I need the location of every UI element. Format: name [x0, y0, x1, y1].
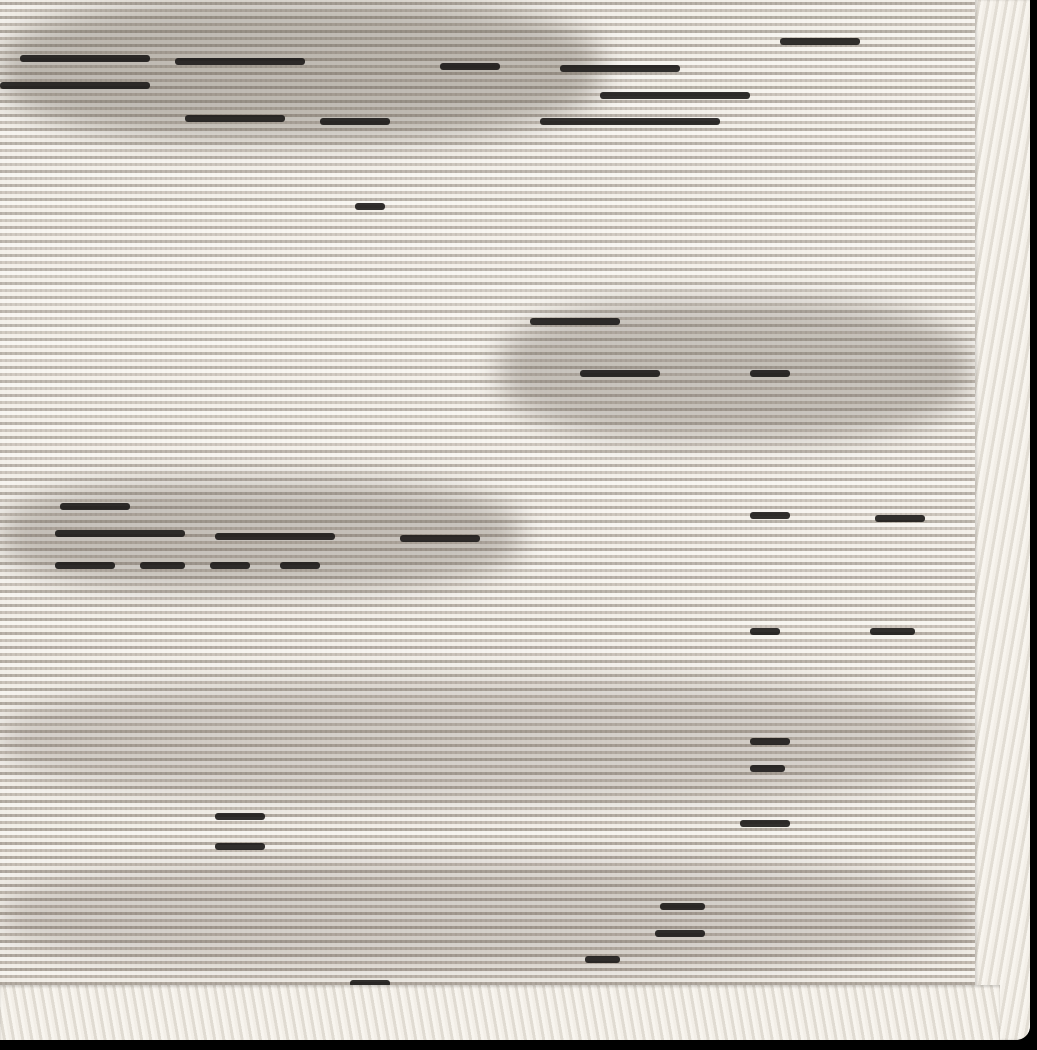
dark-motif: [355, 203, 385, 210]
dark-motif: [585, 956, 620, 963]
grey-shading: [0, 860, 975, 970]
dark-motif: [320, 118, 390, 125]
dark-motif: [870, 628, 915, 635]
rug-binding-bottom: [0, 985, 1000, 1040]
rug-binding-right: [975, 0, 1030, 1040]
dark-motif: [580, 370, 660, 377]
dark-motif: [660, 903, 705, 910]
dark-motif: [210, 562, 250, 569]
grey-shading: [0, 0, 600, 140]
dark-motif: [400, 535, 480, 542]
dark-motif: [655, 930, 705, 937]
dark-motif: [530, 318, 620, 325]
dark-motif: [875, 515, 925, 522]
dark-motif: [20, 55, 150, 62]
dark-motif: [280, 562, 320, 569]
grey-shading: [0, 680, 975, 800]
rug: [0, 0, 1030, 1040]
dark-motif: [0, 82, 150, 89]
dark-motif: [560, 65, 680, 72]
dark-motif: [55, 530, 185, 537]
dark-motif: [175, 58, 305, 65]
dark-motif: [750, 370, 790, 377]
dark-motif: [780, 38, 860, 45]
dark-motif: [215, 813, 265, 820]
dark-motif: [740, 820, 790, 827]
dark-motif: [215, 843, 265, 850]
dark-motif: [185, 115, 285, 122]
rug-photo: [0, 0, 1037, 1050]
dark-motif: [55, 562, 115, 569]
dark-motif: [600, 92, 750, 99]
dark-motif: [540, 118, 720, 125]
dark-motif: [750, 512, 790, 519]
dark-motif: [140, 562, 185, 569]
dark-motif: [215, 533, 335, 540]
dark-motif: [750, 765, 785, 772]
dark-motif: [440, 63, 500, 70]
dark-motif: [750, 738, 790, 745]
dark-motif: [60, 503, 130, 510]
dark-motif: [750, 628, 780, 635]
rug-woven-field: [0, 0, 975, 985]
